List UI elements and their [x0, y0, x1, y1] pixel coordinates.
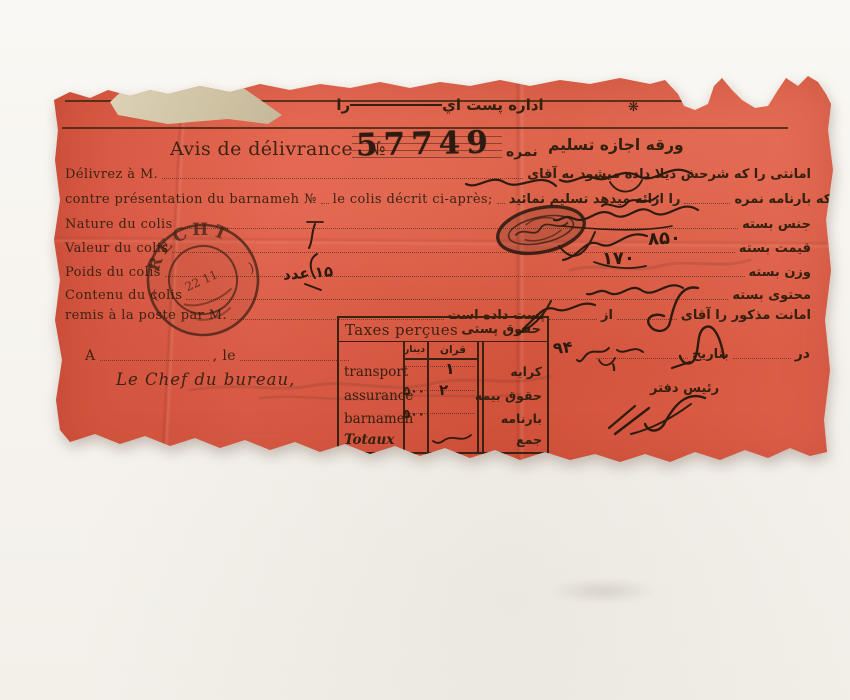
masthead: اداره پست ايرا [230, 95, 650, 114]
avis-title-text: Avis de délivrance [170, 138, 353, 160]
hw-tax-total-squiggle [431, 430, 475, 448]
field-label-ar: جنس بسته [742, 217, 811, 232]
masthead-text-right: اداره پست اي [442, 96, 544, 114]
ghost-writing [180, 366, 560, 402]
hw-sender-origin [515, 295, 600, 335]
col-header-qiran: قران [431, 344, 475, 356]
col-header-dinar: دينار [402, 344, 427, 355]
tax-row-fr: Totaux [344, 432, 394, 448]
tape-fragment [110, 82, 288, 130]
place-date-line-fr: A , le [85, 348, 353, 364]
hw-tax-barnameh-dinar: ۵۰۰ [403, 407, 425, 421]
field-label-ar: محتوی بسته [732, 288, 811, 303]
background-smudge [548, 578, 658, 604]
masthead-kashida [350, 104, 442, 106]
taxes-title-fr: Taxes perçues [345, 321, 458, 339]
hw-date-one: ۱ [610, 360, 617, 374]
le-label: , le [213, 348, 236, 364]
postmark-stamp: RECHT ( ) 22 11 [138, 222, 268, 342]
persian-title: ورقه اجازه تسليم [548, 136, 684, 154]
hw-date-year: ۹۴ [552, 337, 573, 358]
dotted-line [321, 203, 329, 204]
dotted-line [100, 360, 209, 361]
delivery-notice-paper: اداره پست ايرا ❋ Avis de délivrance № 57… [50, 70, 838, 470]
field-label-ar2: از [601, 308, 613, 323]
ghost-writing [560, 252, 760, 282]
table-header-underline [403, 358, 478, 360]
field-label-fr: Délivrez à M. [65, 167, 158, 182]
hw-count-entry: ۱۵ عدد [282, 262, 333, 283]
dar-label: در [795, 346, 810, 362]
clerk-signature [595, 388, 715, 438]
place-label: A [85, 348, 96, 364]
hw-city-entry [660, 316, 730, 372]
field-label-ar: که بارنامه نمره [734, 192, 831, 207]
tax-row-ar: جمع [516, 432, 542, 447]
tax-row-ar: بارنامه [501, 411, 542, 426]
masthead-ornament-icon: ❋ [628, 100, 639, 115]
masthead-text-left: را [336, 96, 350, 114]
dotted-line [240, 360, 349, 361]
field-label-fr: contre présentation du barnameh № [65, 192, 317, 207]
dotted-line [733, 357, 791, 359]
